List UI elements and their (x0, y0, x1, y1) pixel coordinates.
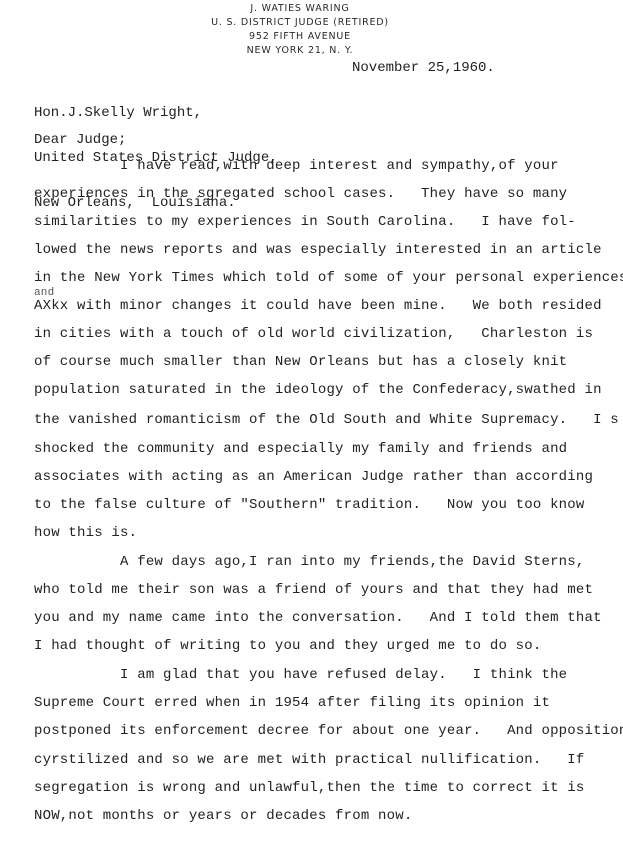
letter-date: November 25,1960. (352, 60, 495, 76)
salutation: Dear Judge; (34, 132, 126, 148)
body-line: who told me their son was a friend of yo… (34, 582, 593, 598)
body-line: experiences in the sgregated school case… (34, 186, 567, 202)
body-line: to the false culture of "Southern" tradi… (34, 497, 585, 513)
body-line: population saturated in the ideology of … (34, 382, 602, 398)
body-line: you and my name came into the conversati… (34, 610, 602, 626)
body-line: lowed the news reports and was especiall… (34, 242, 602, 258)
recipient-address: Hon.J.Skelly Wright, United States Distr… (34, 76, 278, 226)
body-line: I had thought of writing to you and they… (34, 638, 541, 654)
body-line: in the New York Times which told of some… (34, 270, 623, 286)
recipient-name: Hon.J.Skelly Wright, (34, 106, 278, 121)
body-line: similarities to my experiences in South … (34, 214, 576, 230)
body-line: postponed its enforcement decree for abo… (34, 723, 623, 739)
body-line: cyrstilized and so we are met with pract… (34, 752, 585, 768)
body-line: shocked the community and especially my … (34, 441, 567, 457)
letterhead-title: U. S. DISTRICT JUDGE (RETIRED) (200, 16, 400, 30)
letterhead: J. WATIES WARING U. S. DISTRICT JUDGE (R… (200, 2, 400, 58)
body-line: how this is. (34, 525, 137, 541)
body-line: AXkx with minor changes it could have be… (34, 298, 602, 314)
body-line: in cities with a touch of old world civi… (34, 326, 593, 342)
body-line: I have read,with deep interest and sympa… (34, 158, 559, 174)
letterhead-city: NEW YORK 21, N. Y. (200, 44, 400, 58)
body-line: Supreme Court erred when in 1954 after f… (34, 695, 550, 711)
letterhead-street: 952 FIFTH AVENUE (200, 30, 400, 44)
body-line: I am glad that you have refused delay. I… (34, 667, 567, 683)
body-line: of course much smaller than New Orleans … (34, 354, 567, 370)
body-line: segregation is wrong and unlawful,then t… (34, 780, 585, 796)
body-line: associates with acting as an American Ju… (34, 469, 593, 485)
body-line: NOW,not months or years or decades from … (34, 808, 412, 824)
letterhead-name: J. WATIES WARING (200, 2, 400, 16)
body-line: the vanished romanticism of the Old Sout… (34, 412, 619, 428)
body-line: A few days ago,I ran into my friends,the… (34, 554, 585, 570)
